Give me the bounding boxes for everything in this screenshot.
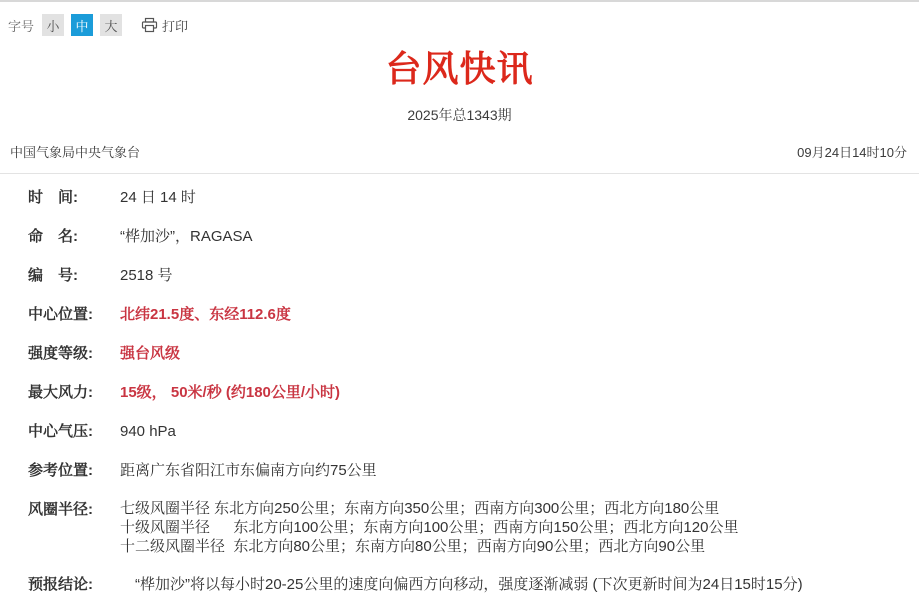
- field-value-line: 十级风圈半径 东北方向100公里；东南方向100公里；西南方向150公里；西北方…: [120, 518, 738, 537]
- print-button[interactable]: 打印: [141, 16, 188, 35]
- field-label: 命 名:: [28, 226, 120, 247]
- field-row-forecast-conclusion: 预报结论: “桦加沙”将以每小时20-25公里的速度向偏西方向移动，强度逐渐减弱…: [28, 565, 919, 604]
- field-label: 风圈半径:: [28, 499, 120, 520]
- field-value: 940 hPa: [120, 421, 176, 442]
- field-row-reference-position: 参考位置:距离广东省阳江市东偏南方向约75公里: [28, 451, 919, 490]
- bulletin-rows: 时 间:24 日 14 时命 名:“桦加沙”，RAGASA编 号:2518 号中…: [0, 174, 919, 604]
- field-value: 2518 号: [120, 265, 173, 286]
- field-label: 中心位置:: [28, 304, 120, 325]
- field-value-line: 十二级风圈半径 东北方向80公里；东南方向80公里；西南方向90公里；西北方向9…: [120, 537, 738, 556]
- font-size-large-button[interactable]: 大: [100, 14, 122, 36]
- field-value: 距离广东省阳江市东偏南方向约75公里: [120, 460, 377, 481]
- field-label: 最大风力:: [28, 382, 120, 403]
- font-size-medium-button[interactable]: 中: [71, 14, 93, 36]
- field-value: “桦加沙”，RAGASA: [120, 226, 253, 247]
- field-row-intensity: 强度等级:强台风级: [28, 334, 919, 373]
- top-divider: [0, 0, 919, 2]
- field-value: 15级， 50米/秒 (约180公里/小时): [120, 382, 340, 403]
- page-title: 台风快讯: [0, 47, 919, 91]
- field-row-time: 时 间:24 日 14 时: [28, 178, 919, 217]
- font-size-small-button[interactable]: 小: [42, 14, 64, 36]
- field-row-name: 命 名:“桦加沙”，RAGASA: [28, 217, 919, 256]
- field-value: 强台风级: [120, 343, 180, 364]
- meta-row: 中国气象局中央气象台 09月24日14时10分: [0, 144, 919, 174]
- printer-icon: [141, 17, 162, 33]
- issue-number: 2025年总1343期: [0, 107, 919, 124]
- field-value: 七级风圈半径 东北方向250公里；东南方向350公里；西南方向300公里；西北方…: [120, 499, 738, 556]
- field-label: 时 间:: [28, 187, 120, 208]
- field-value-line: 七级风圈半径 东北方向250公里；东南方向350公里；西南方向300公里；西北方…: [120, 499, 738, 518]
- print-button-label: 打印: [162, 16, 188, 35]
- field-value: “桦加沙”将以每小时20-25公里的速度向偏西方向移动，强度逐渐减弱 (下次更新…: [120, 574, 803, 595]
- font-size-label: 字号: [8, 16, 34, 35]
- field-label: 编 号:: [28, 265, 120, 286]
- field-row-center-position: 中心位置:北纬21.5度、东经112.6度: [28, 295, 919, 334]
- field-label: 强度等级:: [28, 343, 120, 364]
- field-value: 24 日 14 时: [120, 187, 196, 208]
- field-row-max-wind: 最大风力:15级， 50米/秒 (约180公里/小时): [28, 373, 919, 412]
- font-size-buttons: 小中大: [42, 14, 129, 36]
- field-row-central-pressure: 中心气压:940 hPa: [28, 412, 919, 451]
- agency-name: 中国气象局中央气象台: [10, 144, 140, 161]
- field-label: 中心气压:: [28, 421, 120, 442]
- publish-time: 09月24日14时10分: [797, 144, 907, 161]
- field-row-number: 编 号:2518 号: [28, 256, 919, 295]
- toolbar: 字号 小中大 打印: [8, 13, 919, 37]
- field-label: 参考位置:: [28, 460, 120, 481]
- field-row-wind-circle-radius: 风圈半径:七级风圈半径 东北方向250公里；东南方向350公里；西南方向300公…: [28, 490, 919, 565]
- field-value: 北纬21.5度、东经112.6度: [120, 304, 291, 325]
- field-label: 预报结论:: [28, 574, 120, 595]
